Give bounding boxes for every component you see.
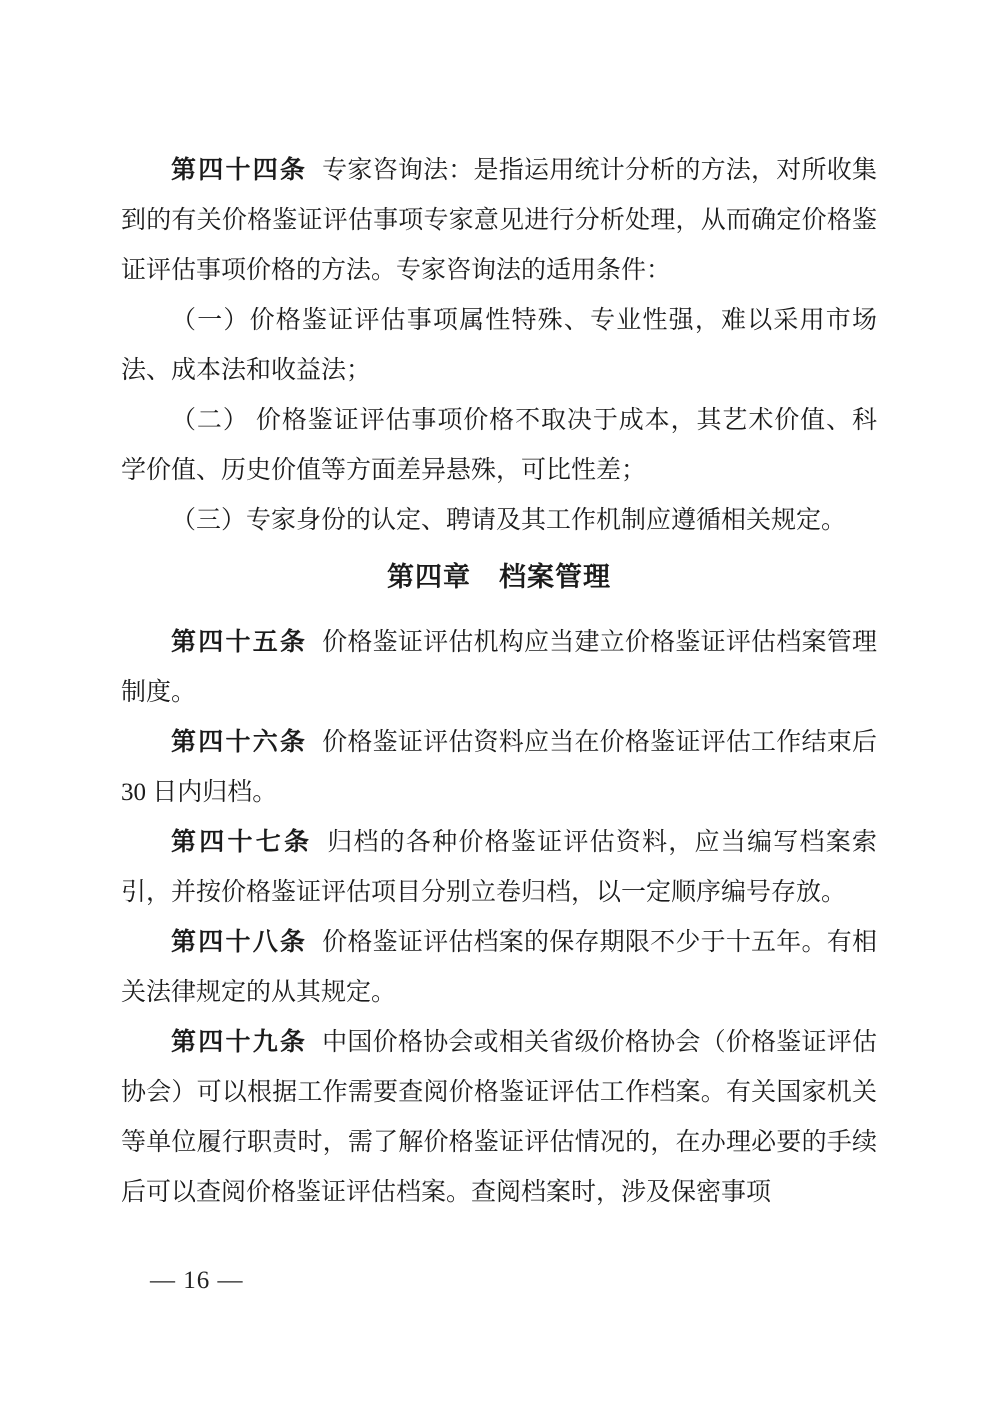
article-49-paragraph: 第四十九条中国价格协会或相关省级价格协会（价格鉴证评估协会）可以根据工作需要查阅… <box>121 1018 877 1218</box>
article-44-paragraph: 第四十四条专家咨询法：是指运用统计分析的方法，对所收集到的有关价格鉴证评估事项专… <box>121 146 877 296</box>
condition-item-3-text: （三）专家身份的认定、聘请及其工作机制应遵循相关规定。 <box>171 507 846 534</box>
article-45-number: 第四十五条 <box>171 629 307 656</box>
article-46-number: 第四十六条 <box>171 729 307 756</box>
article-47-paragraph: 第四十七条归档的各种价格鉴证评估资料，应当编写档案索引，并按价格鉴证评估项目分别… <box>121 818 877 918</box>
page-number: — 16 — <box>150 1266 244 1296</box>
condition-item-2-text: （二） 价格鉴证评估事项价格不取决于成本，其艺术价值、科学价值、历史价值等方面差… <box>121 407 877 484</box>
condition-item-1: （一）价格鉴证评估事项属性特殊、专业性强，难以采用市场法、成本法和收益法； <box>121 296 877 396</box>
article-47-number: 第四十七条 <box>171 829 312 856</box>
document-body: 第四十四条专家咨询法：是指运用统计分析的方法，对所收集到的有关价格鉴证评估事项专… <box>121 146 877 1218</box>
article-44-number: 第四十四条 <box>171 157 307 184</box>
condition-item-2: （二） 价格鉴证评估事项价格不取决于成本，其艺术价值、科学价值、历史价值等方面差… <box>121 396 877 496</box>
article-48-paragraph: 第四十八条价格鉴证评估档案的保存期限不少于十五年。有相关法律规定的从其规定。 <box>121 918 877 1018</box>
article-48-number: 第四十八条 <box>171 929 307 956</box>
condition-item-3: （三）专家身份的认定、聘请及其工作机制应遵循相关规定。 <box>121 496 877 546</box>
article-45-paragraph: 第四十五条价格鉴证评估机构应当建立价格鉴证评估档案管理制度。 <box>121 618 877 718</box>
condition-item-1-text: （一）价格鉴证评估事项属性特殊、专业性强，难以采用市场法、成本法和收益法； <box>121 307 877 384</box>
chapter-heading: 第四章 档案管理 <box>121 552 877 602</box>
document-page: 第四十四条专家咨询法：是指运用统计分析的方法，对所收集到的有关价格鉴证评估事项专… <box>0 0 992 1403</box>
article-49-number: 第四十九条 <box>171 1029 307 1056</box>
article-46-paragraph: 第四十六条价格鉴证评估资料应当在价格鉴证评估工作结束后 30 日内归档。 <box>121 718 877 818</box>
